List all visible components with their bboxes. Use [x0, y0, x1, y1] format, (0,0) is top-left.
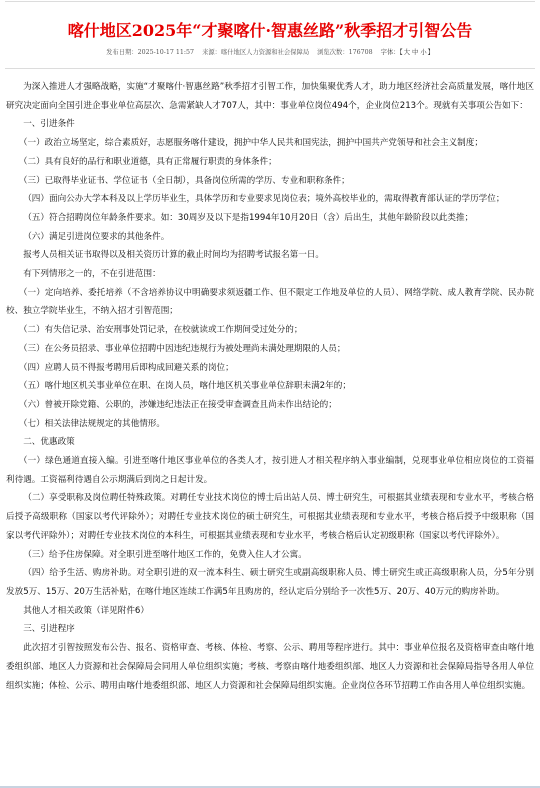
- view-count: 浏览次数：176708: [317, 49, 373, 56]
- view-count-value: 176708: [349, 49, 373, 56]
- other-policy-link: 其他人才相关政策（详见附件6）: [6, 602, 534, 621]
- exclusion-item: （四）应聘人员不得报考聘用后即构成回避关系的岗位；: [6, 359, 534, 378]
- procedure-paragraph: 此次招才引智按照发布公告、报名、资格审查、考核、体检、考察、公示、聘用等程序进行…: [6, 639, 534, 695]
- top-rule: [5, 1, 535, 2]
- font-size-label: 字体：: [381, 49, 400, 56]
- condition-item: （五）符合招聘岗位年龄条件要求。如：30周岁及以下是指1994年10月20日（含…: [6, 209, 534, 228]
- condition-item: （三）已取得毕业证书、学位证书（全日制），具备岗位所需的学历、专业和职称条件；: [6, 172, 534, 191]
- exclusion-item: （六）曾被开除党籍、公职的，涉嫌违纪违法正在接受审查调查且尚未作出结论的；: [6, 396, 534, 415]
- exclusion-item: （二）有失信记录、治安刑事处罚记录，在校就读或工作期间受过处分的；: [6, 321, 534, 340]
- policy-item: （二）享受职称及岗位聘任特殊政策。对聘任专业技术岗位的博士后出站人员、博士研究生…: [6, 489, 534, 545]
- policy-item: （四）给予生活、购房补助。对全职引进的双一流本科生、硕士研究生或副高级职称人员、…: [6, 564, 534, 601]
- intro-paragraph: 为深入推进人才强略战略，实施“才聚喀什·智惠丝路”秋季招才引智工作，加快集聚优秀…: [6, 78, 534, 115]
- publish-date: 发布日期：2025-10-17 11:57: [106, 49, 194, 56]
- exclusion-heading: 有下列情形之一的，不在引进范围：: [6, 265, 534, 284]
- condition-item: （二）具有良好的品行和职业道德，具有正常履行职责的身体条件；: [6, 153, 534, 172]
- article-meta: 发布日期：2025-10-17 11:57 来源：喀什地区人力资源和社会保障局 …: [0, 47, 540, 56]
- bracket-close: 】: [428, 49, 434, 56]
- article-body: 为深入推进人才强略战略，实施“才聚喀什·智惠丝路”秋季招才引智工作，加快集聚优秀…: [6, 78, 534, 695]
- exclusion-item: （一）定向培养、委托培养（不含培养协议中明确要求须返疆工作、但不限定工作地及单位…: [6, 284, 534, 321]
- condition-item: （六）满足引进岗位要求的其他条件。: [6, 228, 534, 247]
- exclusion-item: （五）喀什地区机关事业单位在职、在岗人员，喀什地区机关事业单位辞职未满2年的；: [6, 377, 534, 396]
- condition-item: （四）面向公办大学本科及以上学历毕业生，具体学历和专业要求见岗位表；境外高校毕业…: [6, 190, 534, 209]
- font-large-button[interactable]: 大: [404, 49, 410, 56]
- section-heading-policies: 二、优惠政策: [6, 433, 534, 452]
- view-count-label: 浏览次数：: [317, 49, 348, 56]
- section-heading-conditions: 一、引进条件: [6, 115, 534, 134]
- font-small-button[interactable]: 小: [420, 49, 426, 56]
- policy-item: （一）绿色通道直接入编。引进至喀什地区事业单位的各类人才，按引进人才相关程序纳入…: [6, 452, 534, 489]
- cutoff-note: 报考人员相关证书取得以及相关资历计算的截止时间均为招聘考试报名第一日。: [6, 246, 534, 265]
- exclusion-item: （三）在公务员招录、事业单位招聘中因违纪违规行为被处理尚未满处理期限的人员；: [6, 340, 534, 359]
- condition-item: （一）政治立场坚定，综合素质好，志愿服务喀什建设，拥护中华人民共和国宪法，拥护中…: [6, 134, 534, 153]
- page-title: 喀什地区2025年“才聚喀什·智惠丝路”秋季招才引智公告: [0, 18, 540, 41]
- source-value: 喀什地区人力资源和社会保障局: [221, 49, 309, 56]
- policy-item: （三）给予住房保障。对全职引进至喀什地区工作的，免费入住人才公寓。: [6, 546, 534, 565]
- exclusion-item: （七）相关法律法规规定的其他情形。: [6, 415, 534, 434]
- section-heading-procedure: 三、引进程序: [6, 620, 534, 639]
- title-divider: [5, 68, 535, 69]
- publish-date-label: 发布日期：: [106, 49, 137, 56]
- publish-date-value: 2025-10-17 11:57: [138, 49, 194, 56]
- bracket-open: 【: [400, 49, 403, 56]
- source-label: 来源：: [202, 49, 221, 56]
- font-medium-button[interactable]: 中: [412, 49, 418, 56]
- source: 来源：喀什地区人力资源和社会保障局: [202, 49, 309, 56]
- font-size-control: 字体：【大中小】: [381, 49, 434, 56]
